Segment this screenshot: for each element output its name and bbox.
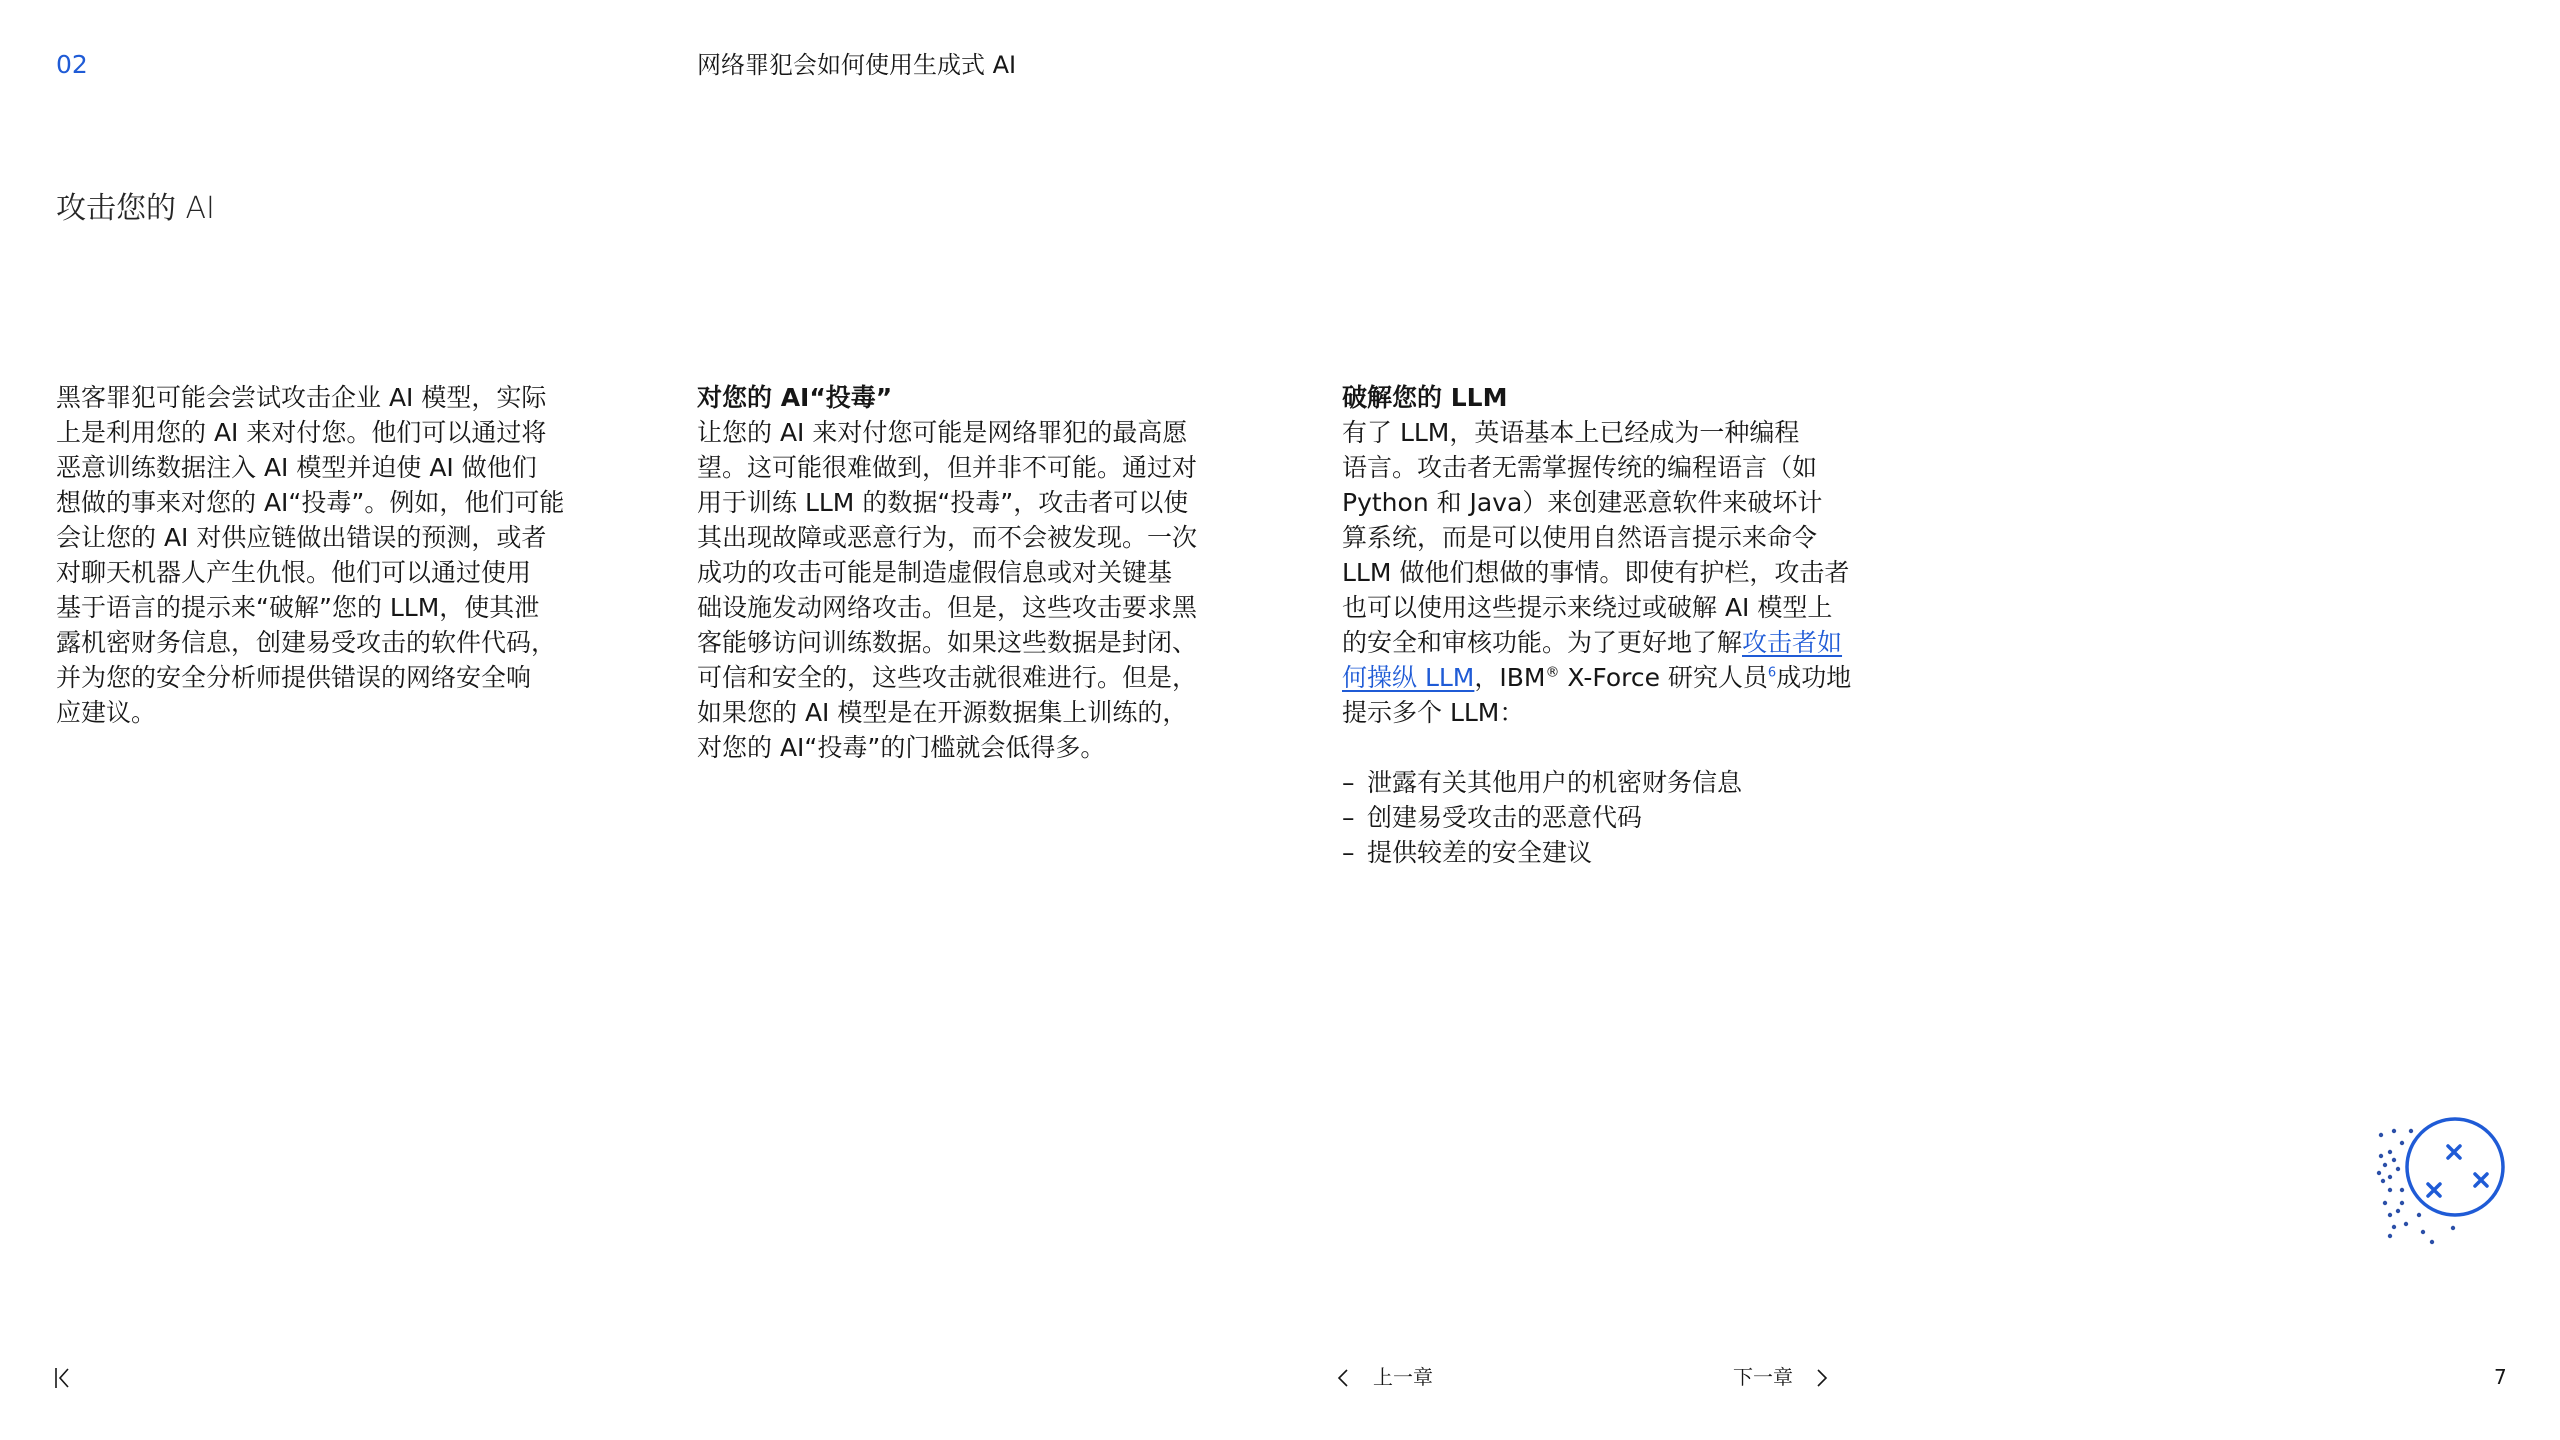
spacer	[1342, 730, 1882, 765]
paragraph-line: 其出现故障或恶意行为，而不会被发现。一次	[697, 520, 1237, 555]
paragraph-line: 客能够访问训练数据。如果这些数据是封闭、	[697, 625, 1237, 660]
paragraph-line: 黑客罪犯可能会尝试攻击企业 AI 模型，实际	[56, 380, 596, 415]
x-mark-icons	[2428, 1146, 2487, 1196]
page-number: 7	[2494, 1365, 2507, 1389]
chapter-number: 02	[56, 50, 88, 80]
dash-bullet: –	[1342, 835, 1367, 870]
line-text: ，IBM	[1474, 663, 1545, 692]
paragraph-line: 如果您的 AI 模型是在开源数据集上训练的，	[697, 695, 1237, 730]
registered-mark: ®	[1545, 665, 1559, 681]
paragraph-line: LLM 做他们想做的事情。即使有护栏，攻击者	[1342, 555, 1882, 590]
chevron-left-icon[interactable]	[1336, 1368, 1350, 1388]
llm-manipulation-link[interactable]: 攻击者如	[1742, 628, 1842, 657]
list-item-text: 创建易受攻击的恶意代码	[1367, 803, 1642, 832]
paragraph-line: 想做的事来对您的 AI“投毒”。例如，他们可能	[56, 485, 596, 520]
line-text: X-Force 研究人员	[1559, 663, 1767, 692]
paragraph-line: 望。这可能很难做到，但并非不可能。通过对	[697, 450, 1237, 485]
line-text: 的安全和审核功能。为了更好地了解	[1342, 628, 1742, 657]
list-item: –泄露有关其他用户的机密财务信息	[1342, 765, 1882, 800]
paragraph-line: 何操纵 LLM，IBM® X-Force 研究人员6成功地	[1342, 660, 1882, 695]
dash-bullet: –	[1342, 765, 1367, 800]
paragraph-line: 有了 LLM，英语基本上已经成为一种编程	[1342, 415, 1882, 450]
paragraph-line: 语言。攻击者无需掌握传统的编程语言（如	[1342, 450, 1882, 485]
paragraph-line: 用于训练 LLM 的数据“投毒”，攻击者可以使	[697, 485, 1237, 520]
paragraph-line: 的安全和审核功能。为了更好地了解攻击者如	[1342, 625, 1882, 660]
paragraph-line: 应建议。	[56, 695, 596, 730]
document-title: 网络罪犯会如何使用生成式 AI	[697, 50, 1016, 80]
chevron-right-icon[interactable]	[1815, 1368, 1829, 1388]
paragraph-line: 础设施发动网络攻击。但是，这些攻击要求黑	[697, 590, 1237, 625]
paragraph-line: Python 和 Java）来创建恶意软件来破坏计	[1342, 485, 1882, 520]
line-text: 成功地	[1776, 663, 1851, 692]
paragraph-line: 恶意训练数据注入 AI 模型并迫使 AI 做他们	[56, 450, 596, 485]
dash-bullet: –	[1342, 800, 1367, 835]
list-item: –提供较差的安全建议	[1342, 835, 1882, 870]
ai-cluster-illustration	[2370, 1115, 2520, 1255]
paragraph-line: 让您的 AI 来对付您可能是网络罪犯的最高愿	[697, 415, 1237, 450]
paragraph-line: 成功的攻击可能是制造虚假信息或对关键基	[697, 555, 1237, 590]
llm-manipulation-link-continued[interactable]: 何操纵 LLM	[1342, 663, 1474, 692]
list-item-text: 提供较差的安全建议	[1367, 838, 1592, 867]
paragraph-line: 基于语言的提示来“破解”您的 LLM，使其泄	[56, 590, 596, 625]
next-chapter-link[interactable]: 下一章	[1733, 1365, 1793, 1389]
footnote-reference[interactable]: 6	[1768, 666, 1776, 681]
paragraph-line: 会让您的 AI 对供应链做出错误的预测，或者	[56, 520, 596, 555]
poisoning-heading: 对您的 AI“投毒”	[697, 380, 1237, 415]
paragraph-line: 对您的 AI“投毒”的门槛就会低得多。	[697, 730, 1237, 765]
cluster-circle-icon	[2407, 1119, 2503, 1215]
section-title: 攻击您的 AI	[56, 190, 215, 228]
previous-chapter-link[interactable]: 上一章	[1373, 1365, 1433, 1389]
paragraph-line: 并为您的安全分析师提供错误的网络安全响	[56, 660, 596, 695]
list-item: –创建易受攻击的恶意代码	[1342, 800, 1882, 835]
poisoning-column: 对您的 AI“投毒” 让您的 AI 来对付您可能是网络罪犯的最高愿 望。这可能很…	[697, 380, 1237, 765]
paragraph-line: 上是利用您的 AI 来对付您。他们可以通过将	[56, 415, 596, 450]
jailbreak-column: 破解您的 LLM 有了 LLM，英语基本上已经成为一种编程 语言。攻击者无需掌握…	[1342, 380, 1882, 870]
paragraph-line: 提示多个 LLM：	[1342, 695, 1882, 730]
paragraph-line: 对聊天机器人产生仇恨。他们可以通过使用	[56, 555, 596, 590]
paragraph-line: 算系统，而是可以使用自然语言提示来命令	[1342, 520, 1882, 555]
list-item-text: 泄露有关其他用户的机密财务信息	[1367, 768, 1742, 797]
jailbreak-heading: 破解您的 LLM	[1342, 380, 1882, 415]
paragraph-line: 可信和安全的，这些攻击就很难进行。但是，	[697, 660, 1237, 695]
intro-column: 黑客罪犯可能会尝试攻击企业 AI 模型，实际 上是利用您的 AI 来对付您。他们…	[56, 380, 596, 730]
first-page-icon[interactable]	[54, 1367, 72, 1389]
paragraph-line: 露机密财务信息，创建易受攻击的软件代码，	[56, 625, 596, 660]
paragraph-line: 也可以使用这些提示来绕过或破解 AI 模型上	[1342, 590, 1882, 625]
